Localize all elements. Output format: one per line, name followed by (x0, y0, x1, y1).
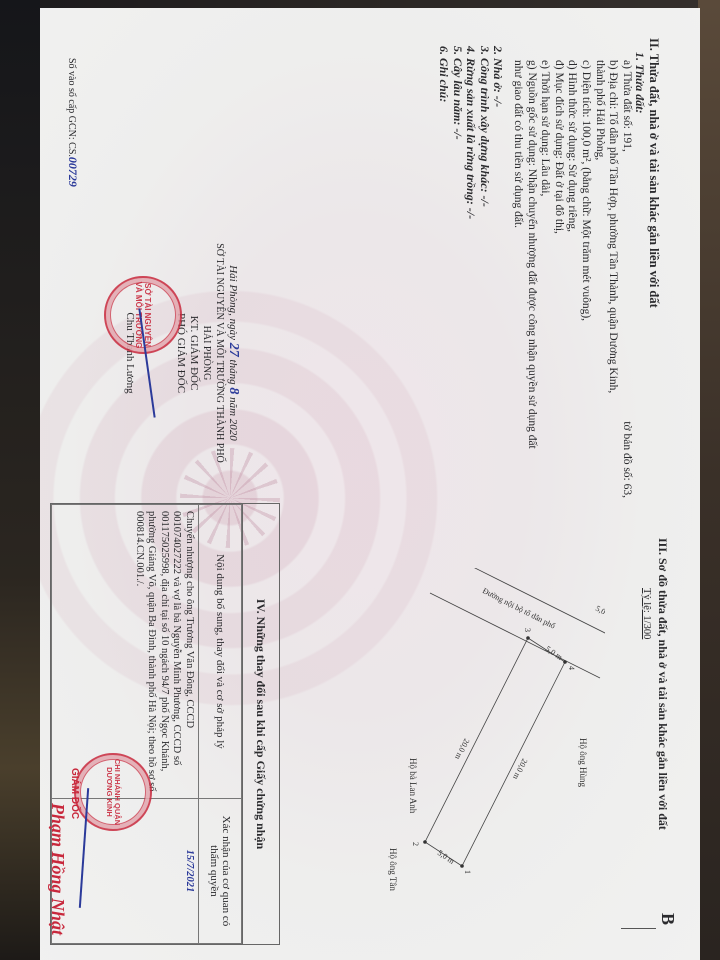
col-confirm-header: Xác nhận của cơ quan có thẩm quyền (199, 798, 242, 943)
other-construction: 3. Công trình xây dựng khác: -/- (477, 38, 491, 558)
table-header: Nội dung bổ sung, thay đổi và cơ sở pháp… (199, 505, 242, 944)
use-origin-1: g) Nguồn gốc sử dụng: Nhận chuyển nhượng… (524, 38, 538, 558)
registry-number: Số vào sổ cấp GCN: CS.00729 (65, 58, 80, 187)
issue-month: 8 (226, 387, 241, 394)
confirm-role: GIÁM ĐỐC (69, 768, 80, 819)
svg-text:4: 4 (567, 666, 576, 670)
use-form: d) Hình thức sử dụng: Sử dụng riêng, (565, 38, 579, 558)
north-line (621, 928, 656, 929)
svg-text:20,0 m: 20,0 m (511, 757, 529, 782)
svg-text:20,0 m: 20,0 m (453, 737, 471, 762)
north-label: B (657, 913, 678, 925)
background-left (0, 0, 40, 960)
confirm-date: 15/7/2021 (183, 805, 196, 937)
land-certificate-page: II. Thửa đất, nhà ở và tài sản khác gắn … (40, 8, 700, 960)
section2-heading: II. Thửa đất, nhà ở và tài sản khác gắn … (646, 38, 660, 558)
notes: 6. Ghi chú: (437, 38, 451, 558)
confirm-signer: Phạm Hồng Nhật (47, 803, 68, 935)
use-purpose: đ) Mục đích sử dụng: Đất ở tại đô thị, (551, 38, 565, 558)
production-forest: 4. Rừng sản xuất là rừng trồng: -/- (464, 38, 478, 558)
parcel-number: a) Thửa đất số: 191, (619, 60, 633, 152)
svg-text:Hộ ông Tân: Hộ ông Tân (388, 848, 398, 891)
table-row: Chuyển nhượng cho ông Trương Văn Đông, C… (52, 505, 199, 944)
section-land-info: II. Thửa đất, nhà ở và tài sản khác gắn … (437, 38, 661, 558)
address-line-1: b) Địa chỉ: Tổ dân phố Tân Hợp, phường T… (606, 38, 620, 558)
use-origin-2: như giao đất có thu tiền sử dụng đất. (510, 38, 524, 558)
signer-role-2: PHÓ GIÁM ĐỐC (174, 238, 187, 468)
area: c) Diện tích: 100,0 m², (bằng chữ: Một t… (578, 38, 592, 558)
issue-date: Hải Phòng, ngày 27 tháng 8 năm 2020 (226, 238, 240, 468)
perennial-trees: 5. Cây lâu năm: -/- (450, 38, 464, 558)
use-duration: e) Thời hạn sử dụng: Lâu dài, (538, 38, 552, 558)
issuing-organization: SỞ TÀI NGUYÊN VÀ MÔI TRƯỜNG THÀNH PHỐ HẢ… (200, 238, 226, 468)
parcel-boundary (425, 638, 565, 866)
section3-heading: III. Sơ đồ thửa đất, nhà ở và tài sản kh… (655, 538, 670, 830)
background-right (698, 0, 720, 960)
col-content-header: Nội dung bổ sung, thay đổi và cơ sở pháp… (199, 505, 242, 799)
land-subheading: 1. Thửa đất: (633, 38, 647, 558)
house: 2. Nhà ở: -/- (491, 38, 505, 558)
map-scale: Tỷ lệ: 1/300 (641, 588, 652, 639)
svg-text:1: 1 (463, 870, 472, 874)
svg-text:5,0 m: 5,0 m (436, 848, 457, 866)
svg-text:5,0 m: 5,0 m (594, 604, 605, 621)
changes-table-section: IV. Những thay đổi sau khi cấp Giấy chứn… (50, 503, 280, 945)
parcel-row: a) Thửa đất số: 191, tờ bản đồ số: 63, (619, 38, 633, 558)
svg-text:Hộ ông Hùng: Hộ ông Hùng (578, 738, 588, 787)
svg-text:3: 3 (523, 628, 532, 632)
changes-table: Nội dung bổ sung, thay đổi và cơ sở pháp… (51, 504, 242, 944)
svg-text:Hộ bà Lan Anh: Hộ bà Lan Anh (408, 758, 418, 814)
section4-heading: IV. Những thay đổi sau khi cấp Giấy chứn… (242, 504, 279, 944)
parcel-diagram: 1 2 3 4 Đường nội bộ tổ dân phố 5,0 m 5,… (385, 568, 605, 898)
svg-text:2: 2 (411, 842, 420, 846)
map-sheet-number: tờ bản đồ số: 63, (619, 421, 633, 498)
address-line-2: thành phố Hải Phòng, (592, 38, 606, 558)
signer-role-1: KT. GIÁM ĐỐC (187, 238, 200, 468)
issue-day: 27 (226, 343, 241, 357)
